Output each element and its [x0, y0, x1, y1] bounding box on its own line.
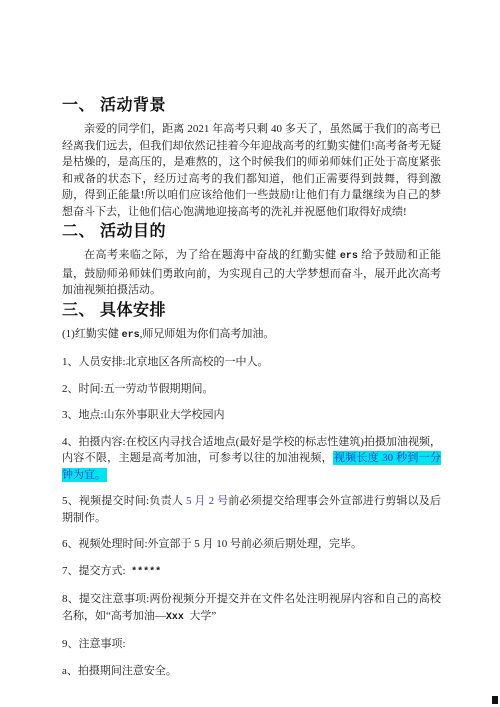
list-item: 1、人员安排:北京地区各所高校的一中人。 — [62, 354, 441, 371]
paragraph: 亲爱的同学们，距离 2021 年高考只剩 40 多天了，虽然属于我们的高考已经离… — [62, 121, 441, 220]
text-run: 大学” — [184, 610, 216, 622]
paragraph: 在高考来临之际，为了给在题海中奋战的红勤实健 ers 给予鼓励和正能量，鼓励师弟… — [62, 247, 441, 299]
date-emphasis: 5 月 2 号 — [186, 495, 228, 507]
text-run: Xxx — [166, 612, 184, 623]
text-run: 3、地点:山东外事职业大学校园内 — [62, 409, 225, 421]
list-item: (1)红勤实健 ers,师兄师姐为你们高考加油。 — [62, 326, 441, 345]
text-run: a、拍摄期间注意安全。 — [62, 665, 177, 677]
list-item: 6、视频处理时间:外宣部于 5 月 10 号前必须后期处理，完毕。 — [62, 536, 441, 553]
text-run: 亲爱的同学们，距离 2021 年高考只剩 40 多天了，虽然属于我们的高考已经离… — [62, 123, 441, 218]
text-run: 在高考来临之际，为了给在题海中奋战的红勤实健 — [84, 249, 340, 261]
text-run: ers — [340, 251, 358, 262]
document-page: 一、 活动背景亲爱的同学们，距离 2021 年高考只剩 40 多天了，虽然属于我… — [0, 0, 500, 707]
text-run: (1)红勤实健 — [62, 328, 122, 340]
text-run: 8、提交注意事项:两份视频分开提交并在文件名处注明视屏内容和自己的高校名称，如“… — [62, 593, 441, 622]
text-run: 5、视频提交时间:负责人 — [62, 495, 186, 507]
section-heading-2: 二、 活动目的 — [62, 222, 441, 242]
section-heading-3: 三、 具体安排 — [62, 301, 441, 321]
text-run: 7、提交方式: — [62, 565, 131, 577]
list-item: 5、视频提交时间:负责人 5 月 2 号前必须提交给理事会外宣部进行剪辑以及后期… — [62, 493, 441, 526]
list-item: 3、地点:山东外事职业大学校园内 — [62, 407, 441, 424]
list-item: 9、注意事项: — [62, 636, 441, 653]
document-content: 一、 活动背景亲爱的同学们，距离 2021 年高考只剩 40 多天了，虽然属于我… — [62, 94, 441, 679]
text-run: 6、视频处理时间:外宣部于 5 月 10 号前必须后期处理，完毕。 — [62, 538, 362, 550]
corner-mark — [492, 696, 498, 704]
list-item: 4、拍摄内容:在校区内寻找合适地点(最好是学校的标志性建筑)拍摄加油视频，内容不… — [62, 434, 441, 484]
text-run: ***** — [131, 567, 161, 578]
text-run: 2、时间:五一劳动节假期期间。 — [62, 383, 214, 395]
text-run: 9、注意事项: — [62, 638, 126, 650]
list-item: 7、提交方式: ***** — [62, 563, 441, 582]
text-run: 1、人员安排:北京地区各所高校的一中人。 — [62, 356, 269, 368]
list-item: a、拍摄期间注意安全。 — [62, 663, 441, 680]
section-heading-1: 一、 活动背景 — [62, 96, 441, 116]
list-item: 8、提交注意事项:两份视频分开提交并在文件名处注明视屏内容和自己的高校名称，如“… — [62, 591, 441, 626]
text-run: ,师兄师姐为你们高考加油。 — [140, 328, 275, 340]
list-item: 2、时间:五一劳动节假期期间。 — [62, 381, 441, 398]
text-run: ers — [122, 330, 140, 341]
